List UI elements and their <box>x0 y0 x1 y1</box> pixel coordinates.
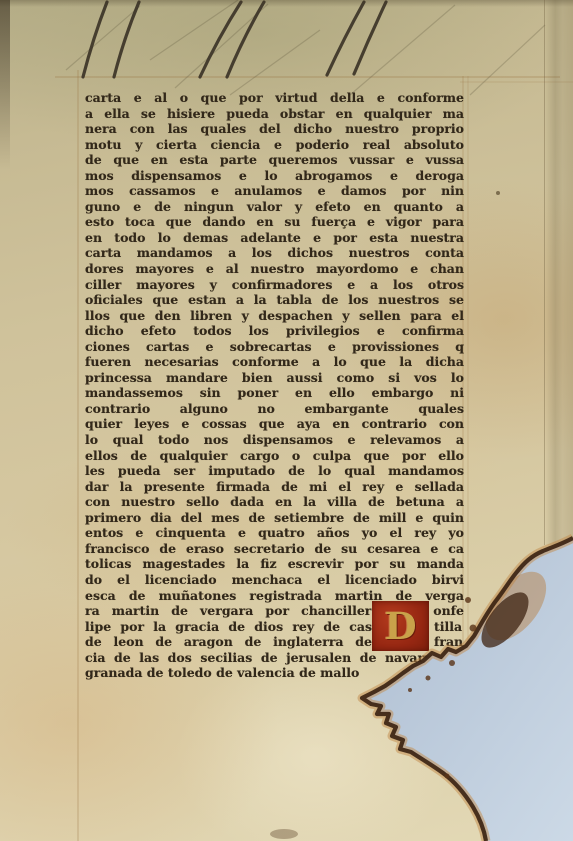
manuscript-line: tolicas magestades la fiz escrevir por s… <box>85 556 464 572</box>
manuscript-line: fueren necesarias conforme a lo que la d… <box>85 354 464 370</box>
photo-top-edge-shadow <box>0 0 573 7</box>
photo-left-edge-shadow <box>0 0 10 170</box>
manuscript-line: mandassemos sin poner en ello embargo ni <box>85 385 464 401</box>
manuscript-line: entos e cinquenta e quatro años yo el re… <box>85 525 464 541</box>
line-segment-left: ra martin de vergara por chanciller <box>85 603 371 619</box>
line-segment-right: tilla <box>434 619 464 635</box>
manuscript-line: princessa mandare bien aussi como si vos… <box>85 370 464 386</box>
manuscript-line: guno e de ningun valor y efeto en quanto… <box>85 199 464 215</box>
manuscript-line: ciller mayores y confirmadores e a los o… <box>85 277 464 293</box>
line-segment-left: lipe por la gracia de dios rey de cas <box>85 619 372 635</box>
manuscript-line: oficiales que estan a la tabla de los nu… <box>85 292 464 308</box>
manuscript-line: dores mayores e al nuestro mayordomo e c… <box>85 261 464 277</box>
manuscript-line: primero dia del mes de setiembre de mill… <box>85 510 464 526</box>
manuscript-line: granada de toledo de valencia de mallo <box>85 665 464 681</box>
manuscript-line: ellos de qualquier cargo o culpa que por… <box>85 448 464 464</box>
manuscript-line: con nuestro sello dada en la villa de be… <box>85 494 464 510</box>
manuscript-line: do el licenciado menchaca el licenciado … <box>85 572 464 588</box>
manuscript-line: ciones cartas e sobrecartas e provission… <box>85 339 464 355</box>
initial-letter: D <box>384 608 416 645</box>
illuminated-initial-d: D <box>372 601 429 651</box>
manuscript-line: en todo lo demas adelante e por esta nue… <box>85 230 464 246</box>
manuscript-line: mos cassamos e anulamos e damos por nin <box>85 183 464 199</box>
parchment-fold-shadow <box>544 0 573 545</box>
manuscript-line: motu y cierta ciencia e poderio real abs… <box>85 137 464 153</box>
manuscript-line: dar la presente firmada de mi el rey e s… <box>85 479 464 495</box>
manuscript-line: de que en esta parte queremos vussar e v… <box>85 152 464 168</box>
line-segment-right: fran <box>434 634 464 650</box>
manuscript-line: lo qual todo nos dispensamos e relevamos… <box>85 432 464 448</box>
manuscript-line: a ella se hisiere pueda obstar en qualqu… <box>85 106 464 122</box>
manuscript-line: carta e al o que por virtud della e conf… <box>85 90 464 106</box>
manuscript-line: esto toca que dando en su fuerça e vigor… <box>85 214 464 230</box>
manuscript-text-block: carta e al o que por virtud della e conf… <box>85 90 464 681</box>
line-segment-right: onfe <box>433 603 464 619</box>
manuscript-line: quier leyes e cossas que aya en contrari… <box>85 416 464 432</box>
manuscript-line: nera con las quales del dicho nuestro pr… <box>85 121 464 137</box>
manuscript-line: les pueda ser imputado de lo qual mandam… <box>85 463 464 479</box>
manuscript-line: dicho efeto todos los privilegios e conf… <box>85 323 464 339</box>
manuscript-line: mos dispensamos e lo abrogamos e deroga <box>85 168 464 184</box>
manuscript-line: contrario alguno no embargante quales <box>85 401 464 417</box>
manuscript-line: cia de las dos secilias de jerusalen de … <box>85 650 464 666</box>
manuscript-line: francisco de eraso secretario de su cesa… <box>85 541 464 557</box>
line-segment-left: de leon de aragon de inglaterra de <box>85 634 372 650</box>
manuscript-photo: carta e al o que por virtud della e conf… <box>0 0 573 841</box>
manuscript-line: llos que den libren y despachen y sellen… <box>85 308 464 324</box>
manuscript-line: carta mandamos a los dichos nuestros con… <box>85 245 464 261</box>
